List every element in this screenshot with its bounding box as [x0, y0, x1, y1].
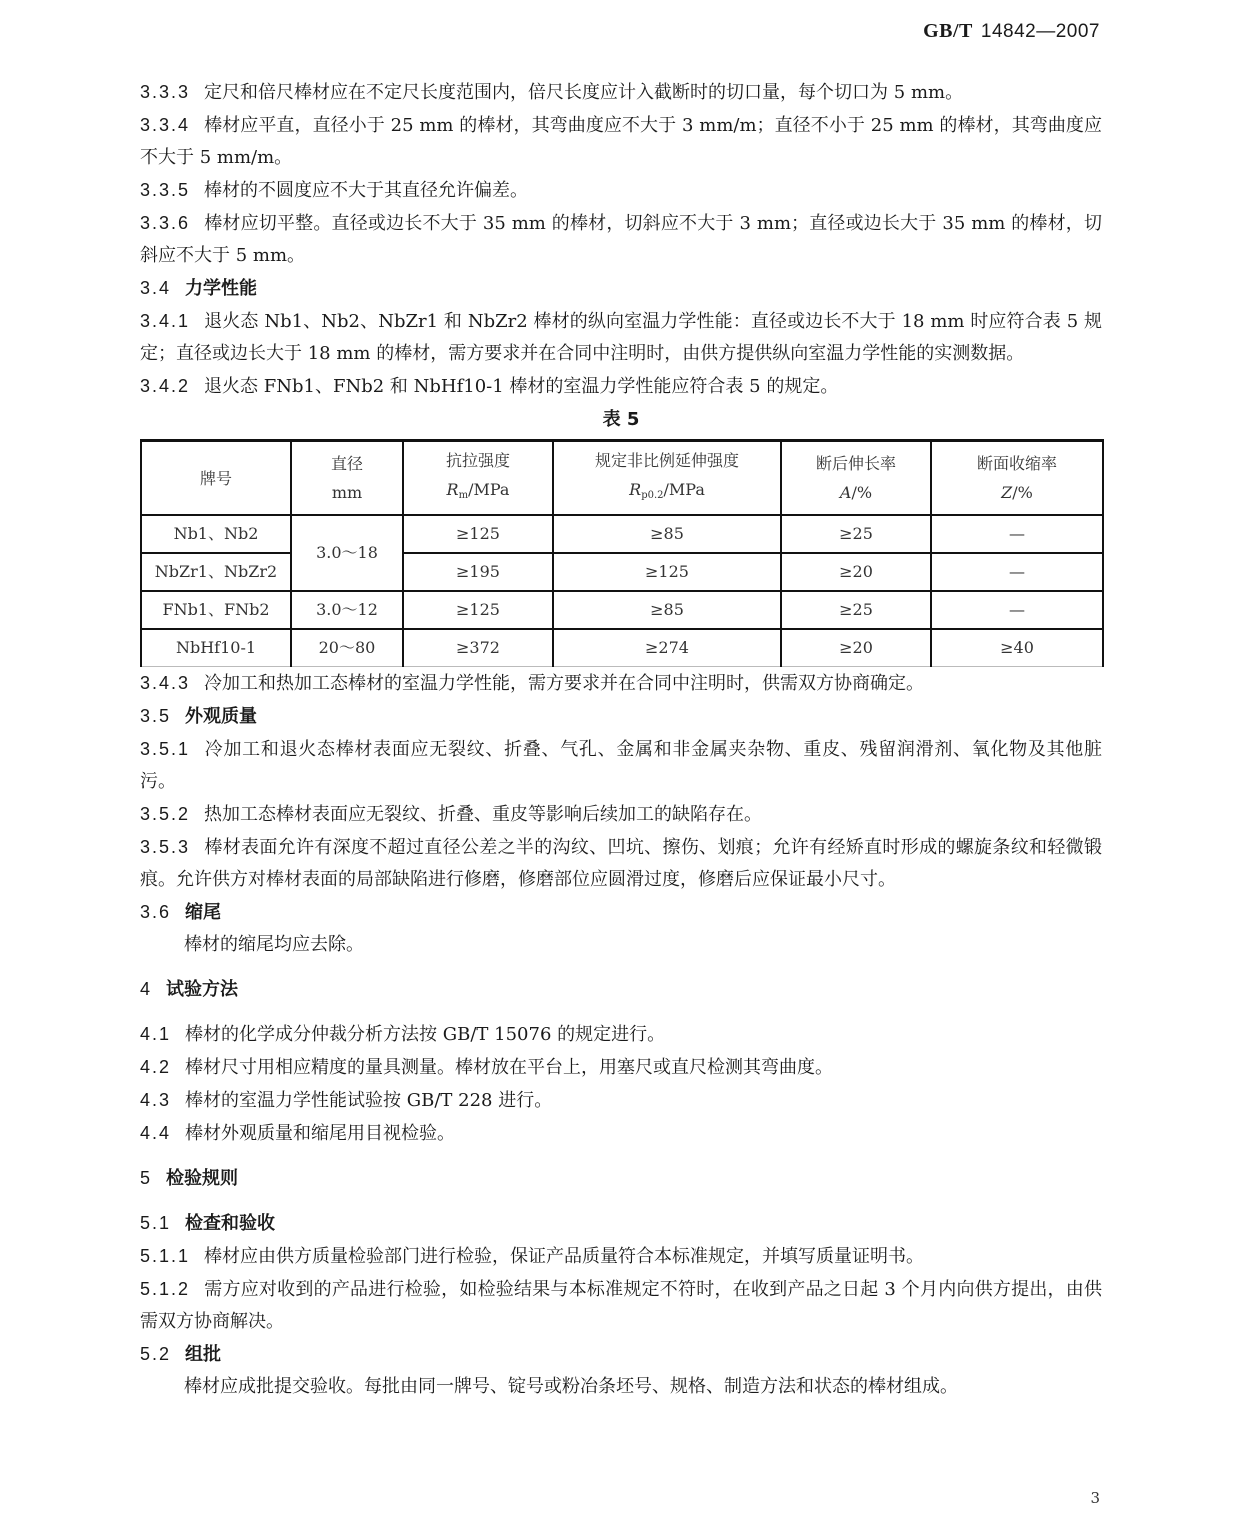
- heading-title: 力学性能: [185, 278, 257, 299]
- clause-text: 棒材应切平整。直径或边长不大于 35 mm 的棒材，切斜应不大于 3 mm；直径…: [140, 213, 1102, 266]
- standard-number: 14842—2007: [981, 21, 1100, 42]
- clause-text: 棒材的不圆度应不大于其直径允许偏差。: [204, 180, 528, 201]
- standard-prefix: GB/T: [923, 20, 973, 42]
- header-elongation: 断后伸长率A/%: [781, 441, 931, 516]
- clause-3-3-4: 3.3.4棒材应平直，直径小于 25 mm 的棒材，其弯曲度应不大于 3 mm/…: [140, 109, 1102, 174]
- heading-number: 5.1: [140, 1207, 171, 1239]
- heading-number: 5: [140, 1162, 152, 1194]
- clause-number: 3.3.3: [140, 76, 190, 108]
- heading-title: 检查和验收: [185, 1213, 275, 1234]
- heading-4: 4试验方法: [140, 973, 1102, 1006]
- table-row: Nb1、Nb2 3.0～18 ≥125 ≥85 ≥25 —: [141, 515, 1103, 553]
- heading-5-2: 5.2组批: [140, 1338, 1102, 1371]
- heading-3-6: 3.6缩尾: [140, 896, 1102, 929]
- clause-text: 棒材的室温力学性能试验按 GB/T 228 进行。: [185, 1090, 552, 1111]
- clause-4-2: 4.2棒材尺寸用相应精度的量具测量。棒材放在平台上，用塞尺或直尺检测其弯曲度。: [140, 1051, 1102, 1084]
- clause-3-3-3: 3.3.3定尺和倍尺棒材应在不定尺长度范围内，倍尺长度应计入截断时的切口量，每个…: [140, 76, 1102, 109]
- clause-number: 3.3.5: [140, 174, 190, 206]
- clause-number: 3.3.6: [140, 207, 190, 239]
- clause-number: 4.2: [140, 1051, 171, 1083]
- heading-number: 4: [140, 973, 152, 1005]
- header-proof-strength: 规定非比例延伸强度Rp0.2/MPa: [553, 441, 781, 516]
- cell-rm: ≥125: [403, 591, 553, 629]
- clause-3-3-5: 3.3.5棒材的不圆度应不大于其直径允许偏差。: [140, 174, 1102, 207]
- clause-5-2-text: 棒材应成批提交验收。每批由同一牌号、锭号或粉冶条坯号、规格、制造方法和状态的棒材…: [140, 1371, 1102, 1403]
- table-5: 牌号 直径mm 抗拉强度Rm/MPa 规定非比例延伸强度Rp0.2/MPa 断后…: [140, 439, 1104, 667]
- clause-text: 冷加工和退火态棒材表面应无裂纹、折叠、气孔、金属和非金属夹杂物、重皮、残留润滑剂…: [140, 739, 1102, 792]
- clause-4-3: 4.3棒材的室温力学性能试验按 GB/T 228 进行。: [140, 1084, 1102, 1117]
- clause-text: 棒材外观质量和缩尾用目视检验。: [185, 1123, 455, 1144]
- heading-3-5: 3.5外观质量: [140, 700, 1102, 733]
- cell-diameter: 3.0～12: [291, 591, 403, 629]
- heading-3-4: 3.4力学性能: [140, 272, 1102, 305]
- clause-number: 3.4.1: [140, 305, 190, 337]
- cell-diameter: 20～80: [291, 629, 403, 667]
- heading-title: 试验方法: [166, 979, 238, 1000]
- clause-5-1-2: 5.1.2需方应对收到的产品进行检验，如检验结果与本标准规定不符时，在收到产品之…: [140, 1273, 1102, 1338]
- cell-z: —: [931, 515, 1103, 553]
- cell-a: ≥20: [781, 629, 931, 667]
- cell-a: ≥25: [781, 591, 931, 629]
- table-row: FNb1、FNb2 3.0～12 ≥125 ≥85 ≥25 —: [141, 591, 1103, 629]
- clause-number: 4.1: [140, 1018, 171, 1050]
- heading-5-1: 5.1检查和验收: [140, 1207, 1102, 1240]
- cell-rm: ≥372: [403, 629, 553, 667]
- clause-3-6-text: 棒材的缩尾均应去除。: [140, 929, 1102, 961]
- clause-text: 需方应对收到的产品进行检验，如检验结果与本标准规定不符时，在收到产品之日起 3 …: [140, 1279, 1102, 1332]
- cell-diameter: 3.0～18: [291, 515, 403, 591]
- clause-number: 5.1.2: [140, 1273, 190, 1305]
- cell-rm: ≥125: [403, 515, 553, 553]
- clause-number: 4.3: [140, 1084, 171, 1116]
- clause-text: 退火态 Nb1、Nb2、NbZr1 和 NbZr2 棒材的纵向室温力学性能：直径…: [140, 311, 1102, 364]
- clause-text: 冷加工和热加工态棒材的室温力学性能，需方要求并在合同中注明时，供需双方协商确定。: [204, 673, 924, 694]
- document-body: 3.3.3定尺和倍尺棒材应在不定尺长度范围内，倍尺长度应计入截断时的切口量，每个…: [140, 76, 1102, 1403]
- clause-text: 棒材应平直，直径小于 25 mm 的棒材，其弯曲度应不大于 3 mm/m；直径不…: [140, 115, 1102, 168]
- cell-rp: ≥85: [553, 591, 781, 629]
- heading-title: 检验规则: [166, 1168, 238, 1189]
- clause-3-3-6: 3.3.6棒材应切平整。直径或边长不大于 35 mm 的棒材，切斜应不大于 3 …: [140, 207, 1102, 272]
- cell-grade: Nb1、Nb2: [141, 515, 291, 553]
- clause-3-4-1: 3.4.1退火态 Nb1、Nb2、NbZr1 和 NbZr2 棒材的纵向室温力学…: [140, 305, 1102, 370]
- cell-a: ≥20: [781, 553, 931, 591]
- clause-4-4: 4.4棒材外观质量和缩尾用目视检验。: [140, 1117, 1102, 1150]
- cell-rp: ≥274: [553, 629, 781, 667]
- cell-rm: ≥195: [403, 553, 553, 591]
- standard-code: GB/T14842—2007: [923, 20, 1100, 43]
- table-header-row: 牌号 直径mm 抗拉强度Rm/MPa 规定非比例延伸强度Rp0.2/MPa 断后…: [141, 441, 1103, 516]
- heading-number: 3.6: [140, 896, 171, 928]
- cell-z: —: [931, 553, 1103, 591]
- header-reduction-of-area: 断面收缩率Z/%: [931, 441, 1103, 516]
- clause-text: 热加工态棒材表面应无裂纹、折叠、重皮等影响后续加工的缺陷存在。: [204, 804, 762, 825]
- clause-3-5-2: 3.5.2热加工态棒材表面应无裂纹、折叠、重皮等影响后续加工的缺陷存在。: [140, 798, 1102, 831]
- header-diameter: 直径mm: [291, 441, 403, 516]
- header-tensile-strength: 抗拉强度Rm/MPa: [403, 441, 553, 516]
- clause-3-4-3: 3.4.3冷加工和热加工态棒材的室温力学性能，需方要求并在合同中注明时，供需双方…: [140, 667, 1102, 700]
- clause-4-1: 4.1棒材的化学成分仲裁分析方法按 GB/T 15076 的规定进行。: [140, 1018, 1102, 1051]
- clause-number: 3.3.4: [140, 109, 190, 141]
- table-caption: 表 5: [140, 405, 1102, 435]
- clause-3-4-2: 3.4.2退火态 FNb1、FNb2 和 NbHf10-1 棒材的室温力学性能应…: [140, 370, 1102, 403]
- clause-3-5-1: 3.5.1冷加工和退火态棒材表面应无裂纹、折叠、气孔、金属和非金属夹杂物、重皮、…: [140, 733, 1102, 798]
- clause-5-1-1: 5.1.1棒材应由供方质量检验部门进行检验，保证产品质量符合本标准规定，并填写质…: [140, 1240, 1102, 1273]
- cell-z: —: [931, 591, 1103, 629]
- clause-number: 3.4.2: [140, 370, 190, 402]
- table-row: NbZr1、NbZr2 ≥195 ≥125 ≥20 —: [141, 553, 1103, 591]
- cell-grade: NbZr1、NbZr2: [141, 553, 291, 591]
- cell-rp: ≥85: [553, 515, 781, 553]
- clause-number: 3.5.3: [140, 831, 190, 863]
- clause-text: 棒材的化学成分仲裁分析方法按 GB/T 15076 的规定进行。: [185, 1024, 665, 1045]
- cell-a: ≥25: [781, 515, 931, 553]
- clause-text: 棒材尺寸用相应精度的量具测量。棒材放在平台上，用塞尺或直尺检测其弯曲度。: [185, 1057, 833, 1078]
- clause-3-5-3: 3.5.3棒材表面允许有深度不超过直径公差之半的沟纹、凹坑、擦伤、划痕；允许有经…: [140, 831, 1102, 896]
- clause-number: 3.4.3: [140, 667, 190, 699]
- header-grade: 牌号: [141, 441, 291, 516]
- clause-text: 定尺和倍尺棒材应在不定尺长度范围内，倍尺长度应计入截断时的切口量，每个切口为 5…: [204, 82, 963, 103]
- heading-number: 5.2: [140, 1338, 171, 1370]
- heading-5: 5检验规则: [140, 1162, 1102, 1195]
- clause-text: 棒材表面允许有深度不超过直径公差之半的沟纹、凹坑、擦伤、划痕；允许有经矫直时形成…: [140, 837, 1102, 890]
- clause-number: 4.4: [140, 1117, 171, 1149]
- cell-rp: ≥125: [553, 553, 781, 591]
- heading-title: 缩尾: [185, 902, 221, 923]
- cell-grade: NbHf10-1: [141, 629, 291, 667]
- heading-number: 3.4: [140, 272, 171, 304]
- page-number: 3: [1090, 1489, 1100, 1507]
- clause-text: 棒材应由供方质量检验部门进行检验，保证产品质量符合本标准规定，并填写质量证明书。: [204, 1246, 924, 1267]
- clause-number: 3.5.1: [140, 733, 190, 765]
- heading-title: 组批: [185, 1344, 221, 1365]
- cell-grade: FNb1、FNb2: [141, 591, 291, 629]
- clause-number: 5.1.1: [140, 1240, 190, 1272]
- heading-number: 3.5: [140, 700, 171, 732]
- cell-z: ≥40: [931, 629, 1103, 667]
- table-row: NbHf10-1 20～80 ≥372 ≥274 ≥20 ≥40: [141, 629, 1103, 667]
- heading-title: 外观质量: [185, 706, 257, 727]
- clause-number: 3.5.2: [140, 798, 190, 830]
- clause-text: 退火态 FNb1、FNb2 和 NbHf10-1 棒材的室温力学性能应符合表 5…: [204, 376, 838, 397]
